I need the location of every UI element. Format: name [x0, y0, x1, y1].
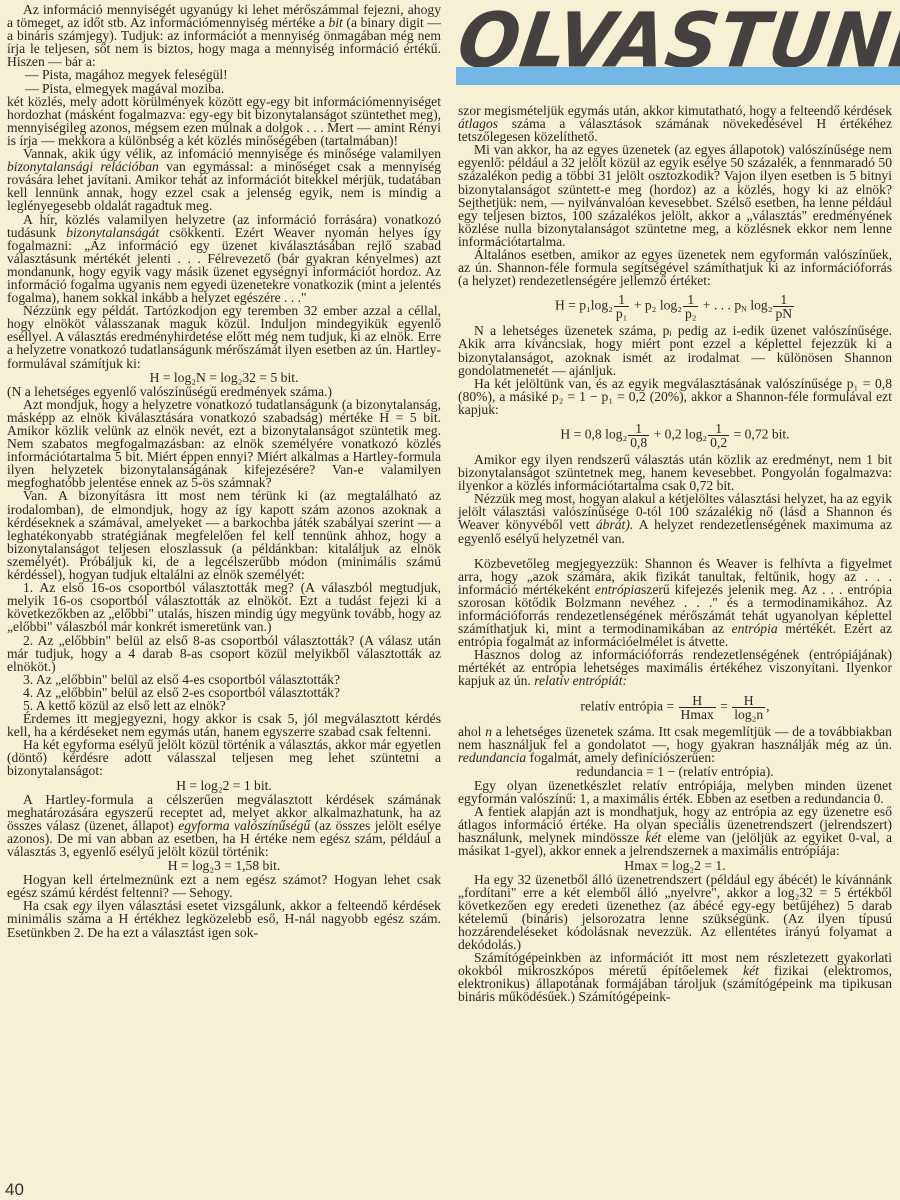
paragraph: Ha két jelöltünk van, és az egyik megvál… [458, 377, 892, 416]
paragraph: Van. A bizonyításra itt most nem térünk … [7, 489, 441, 581]
paragraph: Az információ mennyiségét ugyanúgy ki le… [7, 3, 441, 68]
paragraph: Egy olyan üzenetkészlet relatív entrópiá… [458, 779, 892, 805]
paragraph: Azt mondjuk, hogy a helyzetre vonatkozó … [7, 398, 441, 490]
paragraph: Ha csak egy ilyen választási esetet vizs… [7, 899, 441, 938]
page-number: 40 [5, 1180, 24, 1200]
paragraph: Érdemes itt megjegyezni, hogy akkor is c… [7, 712, 441, 738]
right-column: szor megismételjük egymás után, akkor ki… [458, 104, 892, 1004]
left-column: Az információ mennyiségét ugyanúgy ki le… [7, 3, 441, 939]
quote-line: — Pista, magához megyek feleségül! [7, 68, 441, 81]
paragraph: A Hartley-formula a célszerűen megválasz… [7, 793, 441, 858]
equation-two-candidates: H = 0,8 log₂10,8 + 0,2 log₂10,2 = 0,72 b… [458, 422, 892, 449]
paragraph: Közbevetőleg megjegyezzük: Shannon és We… [458, 557, 892, 649]
paragraph: Nézzünk egy példát. Tartózkodjon egy ter… [7, 304, 441, 369]
equation-relative-entropy: relatív entrópia = HHmax = Hlog₂n, [458, 694, 892, 721]
equation-redundancy: redundancia = 1 − (relatív entrópia). [458, 765, 892, 778]
paragraph: Ha egy 32 üzenetből álló üzenetrendszert… [458, 873, 892, 952]
paragraph: Számítógépeinkben az információt itt mos… [458, 951, 892, 1003]
accent-bar [456, 67, 900, 85]
paragraph: Hasznos dolog az információforrás rendez… [458, 648, 892, 687]
paragraph: ahol n a lehetséges üzenetek száma. Itt … [458, 725, 892, 764]
list-item: 1. Az első 16-os csoportból választották… [7, 581, 441, 633]
paragraph: Mi van akkor, ha az egyes üzenetek (az e… [458, 143, 892, 248]
list-item: 3. Az „előbbin" belül az első 4-es csopo… [7, 673, 441, 686]
equation-hartley: H = log₂N = log₂32 = 5 bit. [7, 371, 441, 384]
equation-shannon: H = p₁log₂1p₁ + p₂ log₂1p₂ + . . . pN lo… [458, 293, 892, 320]
paragraph: (N a lehetséges egyenlő valószínűségű er… [7, 385, 441, 398]
paragraph: Általános esetben, amikor az egyes üzene… [458, 248, 892, 287]
list-item: 2. Az „előbbin" belül az első 8-as csopo… [7, 634, 441, 673]
paragraph: A hír, közlés valamilyen helyzetre (az i… [7, 213, 441, 305]
equation-hmax: Hmax = log₂2 = 1. [458, 859, 892, 872]
paragraph: Hogyan kell értelmeznünk ezt a nem egész… [7, 873, 441, 899]
paragraph: Vannak, akik úgy vélik, az infomáció men… [7, 147, 441, 212]
paragraph: szor megismételjük egymás után, akkor ki… [458, 104, 892, 143]
paragraph: Nézzük meg most, hogyan alakul a kétjelö… [458, 492, 892, 544]
paragraph: Amikor egy ilyen rendszerű választás utá… [458, 453, 892, 492]
paragraph: N a lehetséges üzenetek száma, pᵢ pedig … [458, 324, 892, 376]
equation-log2-3: H = log₂3 = 1,58 bit. [7, 859, 441, 872]
equation-log2-2: H = log₂2 = 1 bit. [7, 779, 441, 792]
paragraph: Ha két egyforma esélyű jelölt közül tört… [7, 738, 441, 777]
paragraph: A fentiek alapján azt is mondhatjuk, hog… [458, 805, 892, 857]
paragraph: két közlés, mely adott körülmények közöt… [7, 95, 441, 147]
magazine-page: OLVASTUNK Az információ mennyiségét ugya… [0, 0, 900, 1200]
list-item: 4. Az „előbbin" belül az első 2-es csopo… [7, 686, 441, 699]
quote-line: — Pista, elmegyek magával moziba. [7, 82, 441, 95]
